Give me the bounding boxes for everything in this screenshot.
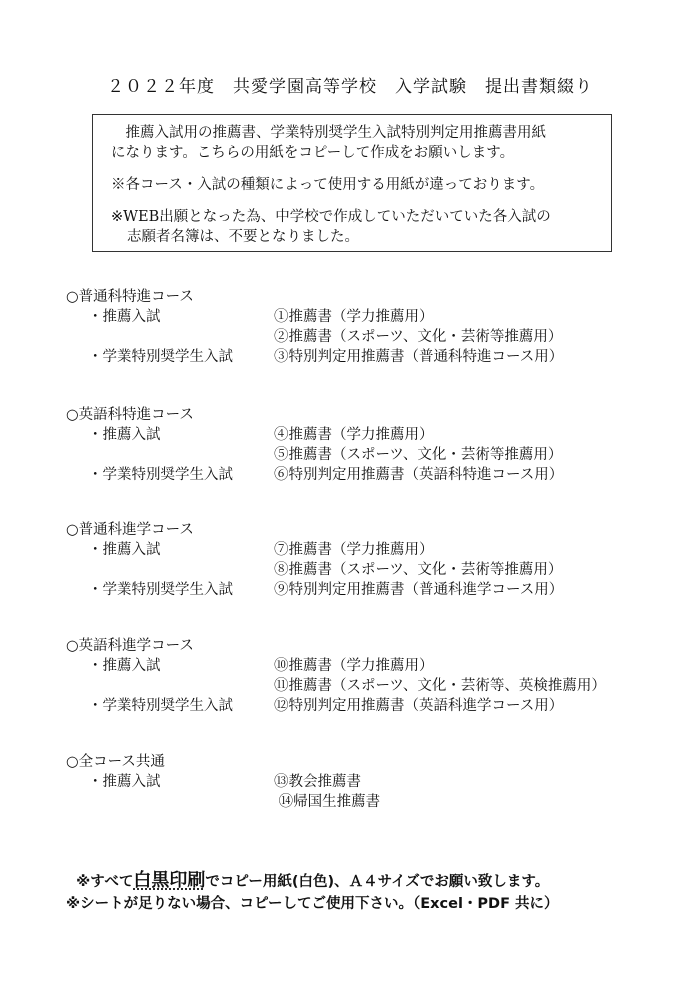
exam-type: ・推薦入試 bbox=[66, 772, 274, 792]
form-name: ⑨特別判定用推薦書（普通科進学コース用） bbox=[274, 580, 646, 600]
course-section: ○全コース共通 ・推薦入試 ⑬教会推薦書 ⑭帰国生推薦書 bbox=[66, 752, 646, 812]
notice-line: 推薦入試用の推薦書、学業特別奨学生入試特別判定用推薦書用紙 bbox=[111, 123, 599, 143]
course-section: ○普通科進学コース ・推薦入試 ⑦推薦書（学力推薦用） ⑧推薦書（スポーツ、文化… bbox=[66, 520, 646, 600]
exam-type bbox=[66, 560, 274, 580]
exam-type bbox=[66, 792, 274, 812]
form-name: ③特別判定用推薦書（普通科特進コース用） bbox=[274, 347, 646, 367]
exam-type: ・学業特別奨学生入試 bbox=[66, 347, 274, 367]
form-name: ⑤推薦書（スポーツ、文化・芸術等推薦用） bbox=[274, 445, 646, 465]
form-name: ⑩推薦書（学力推薦用） bbox=[274, 656, 646, 676]
print-instruction-prefix: ※すべて bbox=[76, 874, 133, 890]
course-title: ○全コース共通 bbox=[66, 752, 646, 772]
notice-box: 推薦入試用の推薦書、学業特別奨学生入試特別判定用推薦書用紙 になります。こちらの… bbox=[92, 114, 612, 252]
exam-type bbox=[66, 445, 274, 465]
print-instruction-emphasis: 白黒印刷 bbox=[133, 870, 205, 891]
form-row: ⑤推薦書（スポーツ、文化・芸術等推薦用） bbox=[66, 445, 646, 465]
form-name: ⑧推薦書（スポーツ、文化・芸術等推薦用） bbox=[274, 560, 646, 580]
exam-type: ・推薦入試 bbox=[66, 540, 274, 560]
exam-type: ・学業特別奨学生入試 bbox=[66, 696, 274, 716]
exam-type: ・推薦入試 bbox=[66, 656, 274, 676]
notice-line: ※各コース・入試の種類によって使用する用紙が違っております。 bbox=[111, 175, 599, 195]
form-row: ・学業特別奨学生入試 ⑫特別判定用推薦書（英語科進学コース用） bbox=[66, 696, 646, 716]
form-name: ①推薦書（学力推薦用） bbox=[274, 307, 646, 327]
form-row: ・学業特別奨学生入試 ③特別判定用推薦書（普通科特進コース用） bbox=[66, 347, 646, 367]
form-row: ⑭帰国生推薦書 bbox=[66, 792, 646, 812]
notice-line: になります。こちらの用紙をコピーして作成をお願いします。 bbox=[111, 143, 599, 163]
course-section: ○英語科特進コース ・推薦入試 ④推薦書（学力推薦用） ⑤推薦書（スポーツ、文化… bbox=[66, 405, 646, 485]
exam-type: ・推薦入試 bbox=[66, 425, 274, 445]
course-title: ○普通科特進コース bbox=[66, 287, 646, 307]
notice-line: 志願者名簿は、不要となりました。 bbox=[111, 227, 599, 247]
exam-type bbox=[66, 327, 274, 347]
exam-type: ・学業特別奨学生入試 bbox=[66, 465, 274, 485]
exam-type: ・学業特別奨学生入試 bbox=[66, 580, 274, 600]
form-row: ・推薦入試 ⑩推薦書（学力推薦用） bbox=[66, 656, 646, 676]
print-instruction: ※すべて白黒印刷でコピー用紙(白色)、Ａ４サイズでお願い致します。 bbox=[66, 850, 666, 892]
notice-line: ※WEB出願となった為、中学校で作成していただいていた各入試の bbox=[111, 207, 599, 227]
course-title: ○英語科進学コース bbox=[66, 636, 646, 656]
form-row: ・推薦入試 ⑦推薦書（学力推薦用） bbox=[66, 540, 646, 560]
form-name: ⑦推薦書（学力推薦用） bbox=[274, 540, 646, 560]
form-name: ②推薦書（スポーツ、文化・芸術等推薦用） bbox=[274, 327, 646, 347]
copy-instruction: ※シートが足りない場合、コピーしてご使用下さい。（Excel・PDF 共に） bbox=[66, 892, 666, 913]
form-name: ⑬教会推薦書 bbox=[274, 772, 646, 792]
form-row: ・推薦入試 ④推薦書（学力推薦用） bbox=[66, 425, 646, 445]
course-title: ○普通科進学コース bbox=[66, 520, 646, 540]
document-title: ２０２２年度 共愛学園高等学校 入学試験 提出書類綴り bbox=[0, 72, 700, 97]
form-name: ⑥特別判定用推薦書（英語科特進コース用） bbox=[274, 465, 646, 485]
form-row: ・推薦入試 ⑬教会推薦書 bbox=[66, 772, 646, 792]
course-section: ○英語科進学コース ・推薦入試 ⑩推薦書（学力推薦用） ⑪推薦書（スポーツ、文化… bbox=[66, 636, 646, 716]
course-title: ○英語科特進コース bbox=[66, 405, 646, 425]
form-row: ⑧推薦書（スポーツ、文化・芸術等推薦用） bbox=[66, 560, 646, 580]
form-name: ⑭帰国生推薦書 bbox=[274, 792, 646, 812]
form-row: ・学業特別奨学生入試 ⑥特別判定用推薦書（英語科特進コース用） bbox=[66, 465, 646, 485]
form-row: ・推薦入試 ①推薦書（学力推薦用） bbox=[66, 307, 646, 327]
form-name: ④推薦書（学力推薦用） bbox=[274, 425, 646, 445]
form-name: ⑪推薦書（スポーツ、文化・芸術等、英検推薦用） bbox=[274, 676, 646, 696]
exam-type bbox=[66, 676, 274, 696]
print-instruction-suffix: でコピー用紙(白色)、Ａ４サイズでお願い致します。 bbox=[205, 874, 549, 890]
course-section: ○普通科特進コース ・推薦入試 ①推薦書（学力推薦用） ②推薦書（スポーツ、文化… bbox=[66, 287, 646, 367]
form-row: ・学業特別奨学生入試 ⑨特別判定用推薦書（普通科進学コース用） bbox=[66, 580, 646, 600]
exam-type: ・推薦入試 bbox=[66, 307, 274, 327]
form-name: ⑫特別判定用推薦書（英語科進学コース用） bbox=[274, 696, 646, 716]
form-row: ②推薦書（スポーツ、文化・芸術等推薦用） bbox=[66, 327, 646, 347]
form-row: ⑪推薦書（スポーツ、文化・芸術等、英検推薦用） bbox=[66, 676, 646, 696]
